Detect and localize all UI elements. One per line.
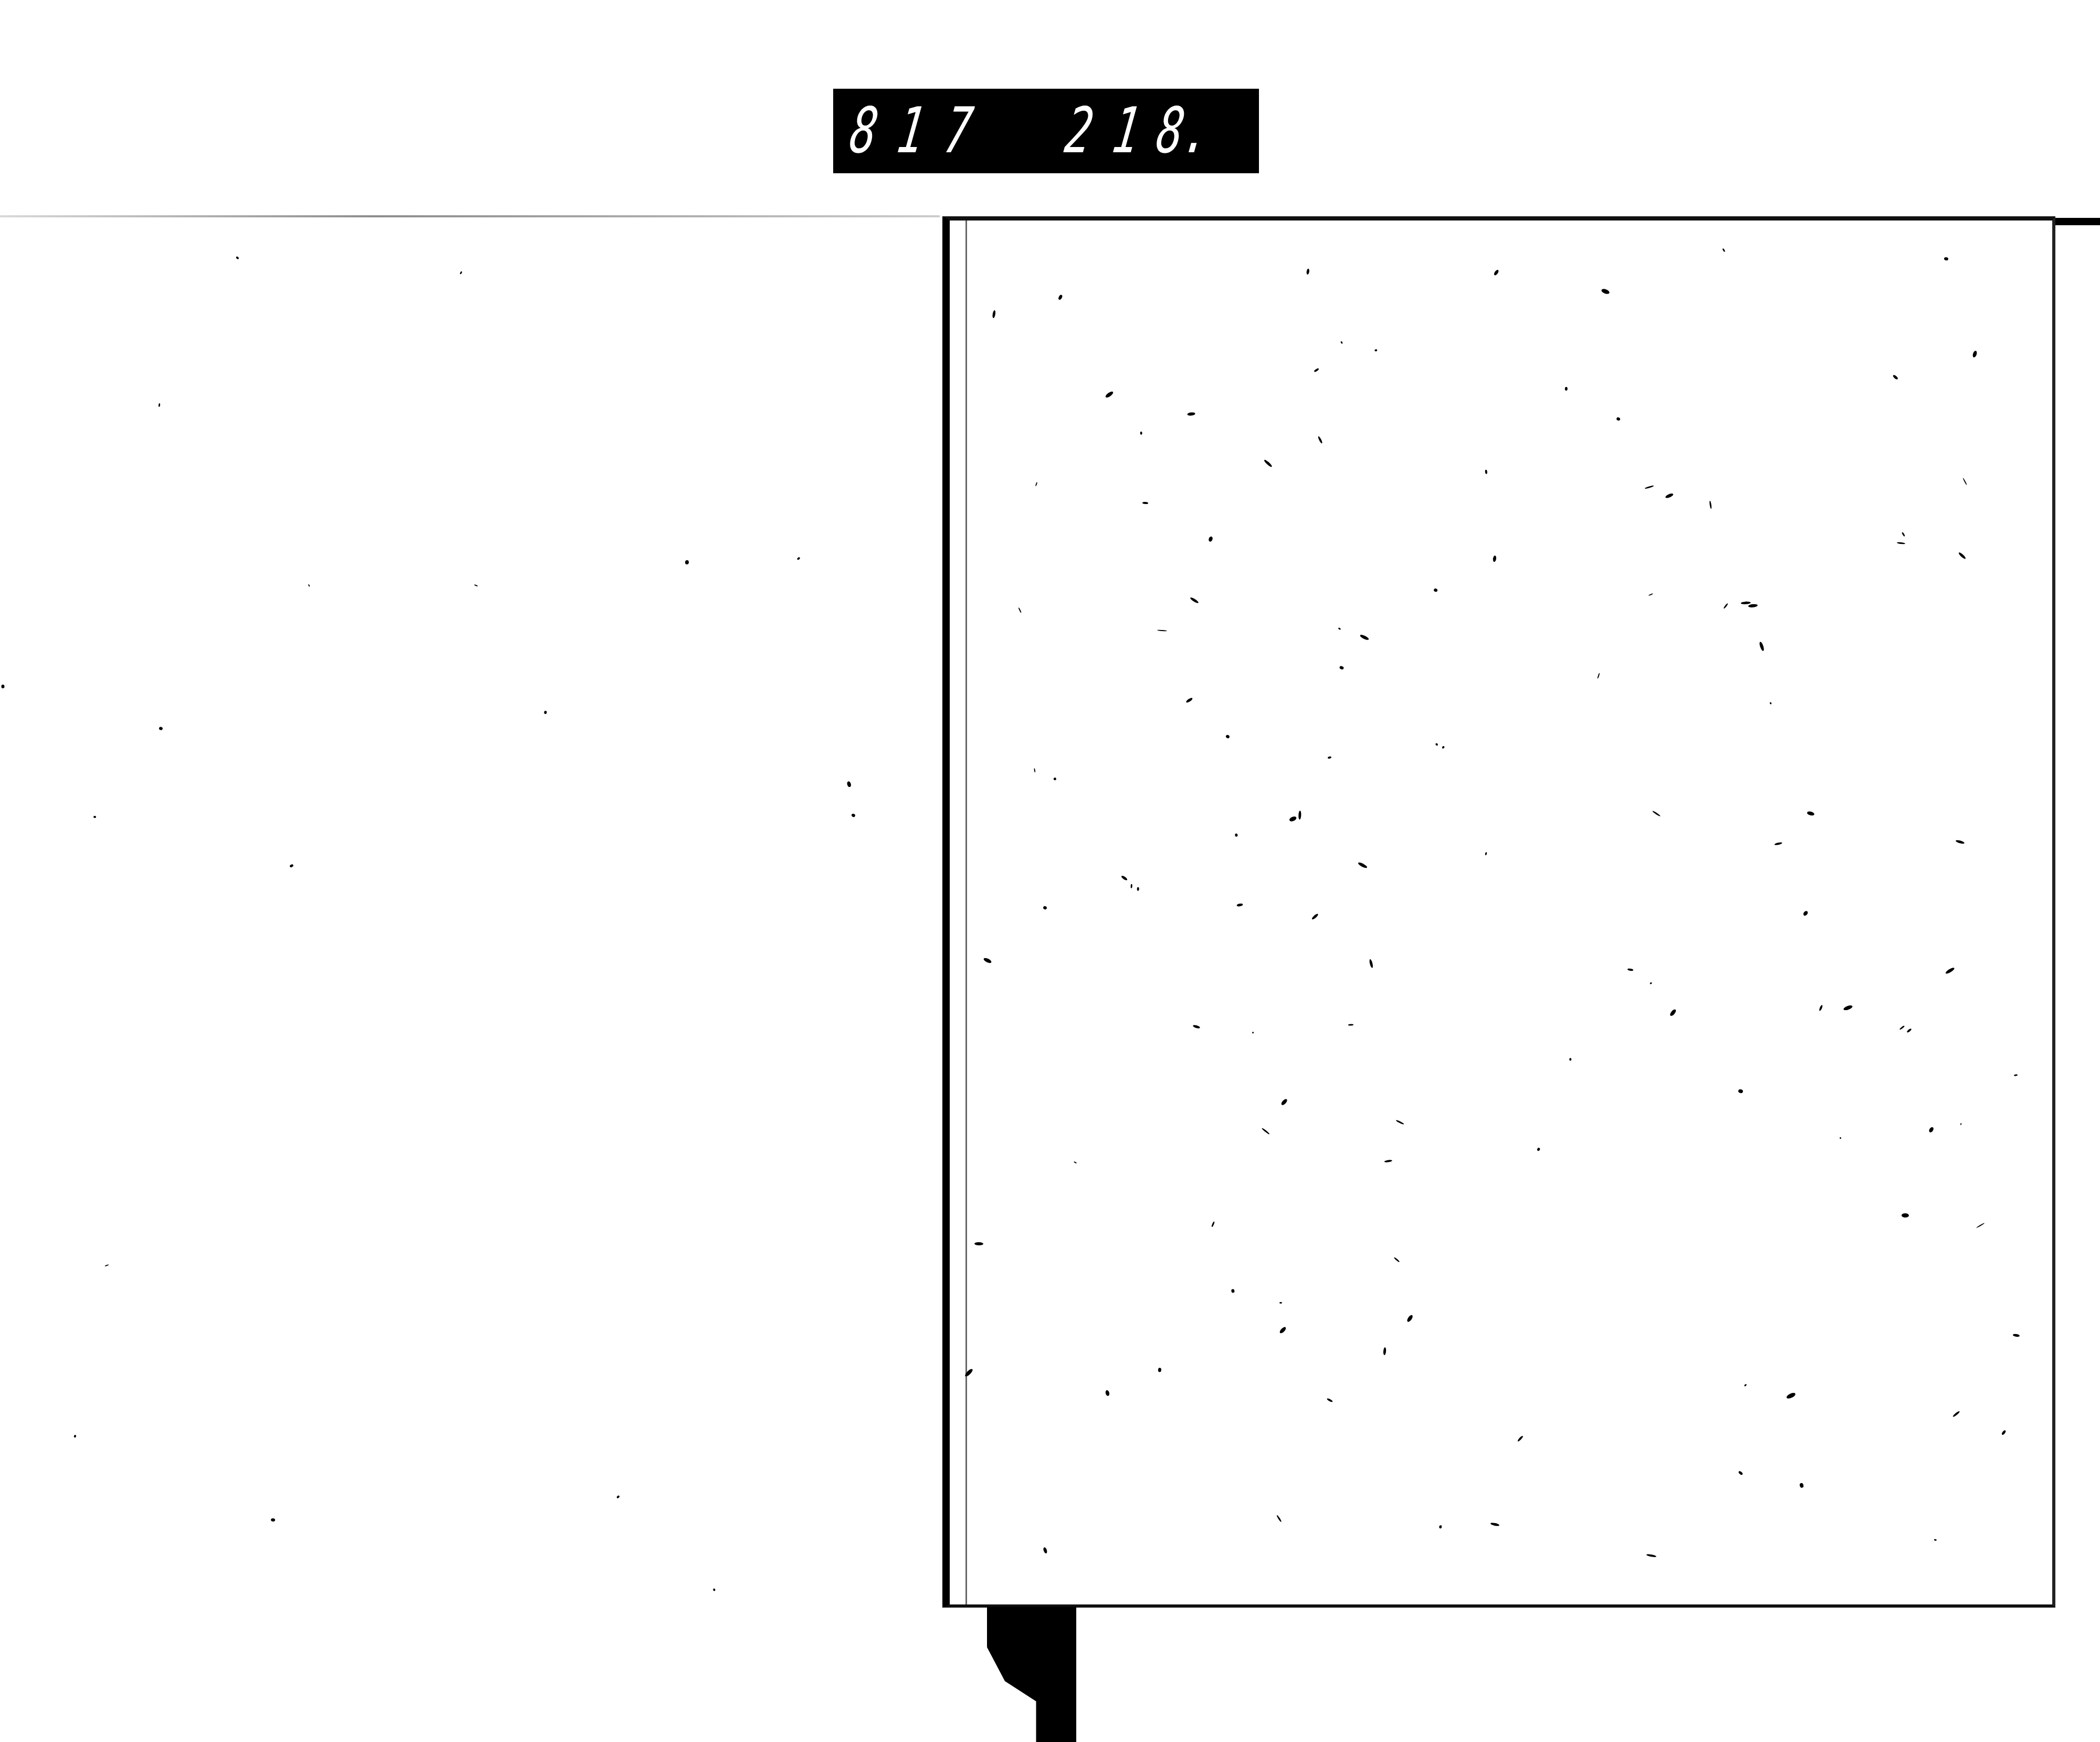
- scan-speck: [73, 1434, 76, 1437]
- scan-speck: [93, 815, 96, 818]
- scan-speck: [1053, 777, 1056, 780]
- scan-speck: [974, 1242, 983, 1245]
- scan-speck: [846, 781, 851, 788]
- scan-speck: [1565, 387, 1568, 391]
- scan-speck: [616, 1495, 621, 1498]
- label-digit: 8.: [1153, 100, 1195, 163]
- scan-speck: [1439, 1525, 1442, 1529]
- scan-speck: [159, 726, 163, 730]
- scan-speck: [459, 271, 463, 275]
- label-digit: 2: [1058, 100, 1100, 163]
- scan-speck: [104, 1264, 109, 1267]
- scan-speck: [1374, 349, 1377, 351]
- scan-speck: [851, 813, 856, 817]
- scan-speck: [271, 1518, 276, 1522]
- scan-speck: [713, 1588, 716, 1591]
- label-digit: 7: [938, 100, 980, 163]
- counter-label-plate: 8 1 7 2 1 8.: [833, 89, 1259, 173]
- scan-speck: [1140, 432, 1142, 435]
- scan-speck: [2, 685, 5, 688]
- page-edge-shadow: [965, 221, 967, 1604]
- label-digit: 1: [890, 100, 932, 163]
- scan-speck: [308, 584, 310, 587]
- scan-speck: [685, 560, 689, 564]
- scan-speck: [290, 864, 294, 868]
- scan-speck: [159, 403, 161, 407]
- label-digit: 1: [1106, 100, 1148, 163]
- scan-speck: [796, 557, 800, 561]
- label-digit: 8: [843, 100, 885, 163]
- binder-clip-shadow: [987, 1607, 1076, 1742]
- scan-speck: [235, 256, 239, 260]
- scan-edge-line: [0, 215, 940, 217]
- scan-speck: [543, 711, 547, 715]
- scan-speck: [474, 584, 478, 587]
- scanned-page: [942, 216, 2055, 1608]
- scan-speck: [1279, 1302, 1282, 1304]
- scan-speck: [1485, 469, 1488, 474]
